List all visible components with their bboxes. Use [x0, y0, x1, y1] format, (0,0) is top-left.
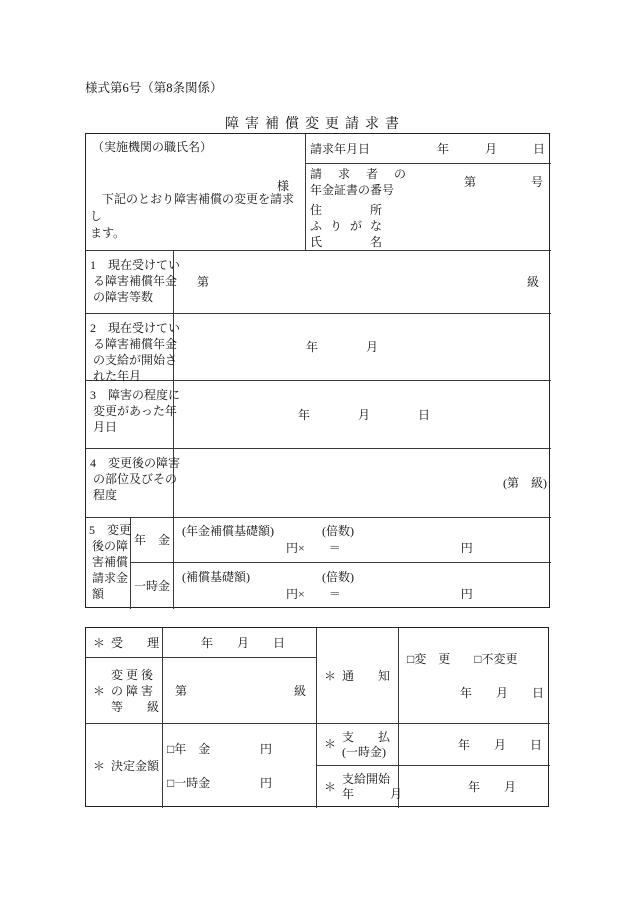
- decided-pension-row: □年 金 円: [167, 741, 272, 757]
- request-date-cell: 請求年月日 年 月 日: [306, 134, 551, 164]
- notice-date: 年 月 日: [407, 685, 544, 701]
- row5-pension-type: 年 金: [131, 518, 174, 563]
- row3-value: 年 月 日: [174, 381, 551, 449]
- payment-label: ＊ 支 払 (一時金): [317, 724, 399, 766]
- pension-base-labels: (年金補償基礎額) (倍数): [182, 523, 551, 540]
- lump-yen: 円: [260, 775, 272, 791]
- row5-pension-value: (年金補償基礎額) (倍数) 円× ＝ 円: [174, 518, 551, 563]
- furigana-label: ふりがな: [310, 218, 382, 234]
- pension-cert-label: 請求者の 年金証書の番号: [310, 166, 406, 198]
- new-grade-value: 第 級: [163, 658, 317, 724]
- row4-label: 4 変更後の障害 の部位及びその 程度: [86, 449, 174, 518]
- agency-cell: （実施機関の職氏名） 様 下記のとおり障害補償の変更を請求し ます。: [86, 134, 306, 251]
- row1-label: 1 現在受けてい る障害補償年金 の障害等数: [86, 251, 174, 314]
- start-label: ＊ 支給開始 年 月: [317, 766, 399, 808]
- accept-value: 年 月 日: [163, 628, 317, 658]
- row5-lump-value: (補償基礎額) (倍数) 円× ＝ 円: [174, 563, 551, 609]
- lump-checkbox[interactable]: □一時金: [167, 775, 210, 791]
- page-title: 障害補償変更請求書: [0, 113, 630, 133]
- decided-value: □年 金 円 □一時金 円: [163, 724, 317, 808]
- declaration-text: 下記のとおり障害補償の変更を請求し ます。: [90, 191, 305, 242]
- main-table: （実施機関の職氏名） 様 下記のとおり障害補償の変更を請求し ます。 請求年月日…: [85, 133, 550, 608]
- agency-label: （実施機関の職氏名）: [86, 134, 305, 160]
- office-table: ＊ 受 理 年 月 日 ＊ 変 更 後 の 障 害 等 級 第 級 ＊ 決定金額…: [85, 627, 549, 807]
- cert-no-suffix: 号: [531, 174, 543, 190]
- row4-value: (第 級): [174, 449, 551, 518]
- row2-value: 年 月: [174, 314, 551, 381]
- request-date-value: 年 月 日: [437, 141, 545, 157]
- row5-label: 5 変更 後の障 害補償 請求金 額: [86, 518, 131, 609]
- nochange-checkbox[interactable]: □不変更: [474, 652, 517, 666]
- start-year-month: 年 月: [306, 339, 378, 355]
- new-grade-label: ＊ 変 更 後 の 障 害 等 級: [86, 658, 163, 724]
- lump-base-labels: (補償基礎額) (倍数): [182, 569, 551, 586]
- row1-value: 第 級: [174, 251, 551, 314]
- office-grade-prefix: 第: [175, 683, 187, 699]
- start-value: 年 月: [399, 766, 550, 808]
- pension-yen: 円: [260, 741, 272, 757]
- pension-checkbox[interactable]: □年 金: [167, 741, 210, 757]
- change-date: 年 月 日: [298, 407, 430, 423]
- row2-label: 2 現在受けてい る障害補償年金 の支給が開始さ れた年月: [86, 314, 174, 381]
- row3-label: 3 障害の程度に 変更があった年 月日: [86, 381, 174, 449]
- decided-lump-row: □一時金 円: [167, 775, 272, 791]
- decided-label: ＊ 決定金額: [86, 724, 163, 808]
- new-grade-note: (第 級): [503, 475, 547, 491]
- pension-cert-row: 請求者の 年金証書の番号 第 号: [310, 166, 545, 198]
- form-page: 様式第6号（第8条関係） 障害補償変更請求書 （実施機関の職氏名） 様 下記のと…: [0, 0, 630, 903]
- office-grade-suffix: 級: [294, 683, 306, 699]
- form-number: 様式第6号（第8条関係）: [85, 78, 223, 96]
- payment-value: 年 月 日: [399, 724, 550, 766]
- request-date-label: 請求年月日: [310, 141, 370, 157]
- row5-lump-type: 一時金: [131, 563, 174, 609]
- notice-label: ＊ 通 知: [317, 628, 399, 724]
- claimant-cell: 請求者の 年金証書の番号 第 号 住所 ふりがな 氏名: [306, 164, 551, 251]
- address-label: 住所: [310, 202, 382, 218]
- name-label: 氏名: [310, 234, 382, 250]
- cert-no-prefix: 第: [464, 174, 476, 190]
- notice-checkbox-row: □変 更 □不変更: [407, 651, 544, 667]
- grade-suffix: 級: [527, 274, 539, 290]
- pension-formula: 円× ＝ 円: [286, 540, 551, 557]
- start-star: ＊: [324, 780, 342, 795]
- new-grade-star: ＊: [93, 683, 111, 699]
- lump-formula: 円× ＝ 円: [286, 586, 551, 603]
- accept-label: ＊ 受 理: [86, 628, 163, 658]
- grade-prefix: 第: [197, 274, 209, 290]
- decided-star: ＊: [93, 758, 111, 774]
- notice-value: □変 更 □不変更 年 月 日: [399, 628, 550, 724]
- change-checkbox[interactable]: □変 更: [407, 652, 450, 666]
- pension-cert-value: 第 号: [406, 166, 545, 198]
- notice-star: ＊: [324, 668, 342, 684]
- accept-star: ＊: [93, 635, 111, 651]
- payment-star: ＊: [324, 737, 342, 752]
